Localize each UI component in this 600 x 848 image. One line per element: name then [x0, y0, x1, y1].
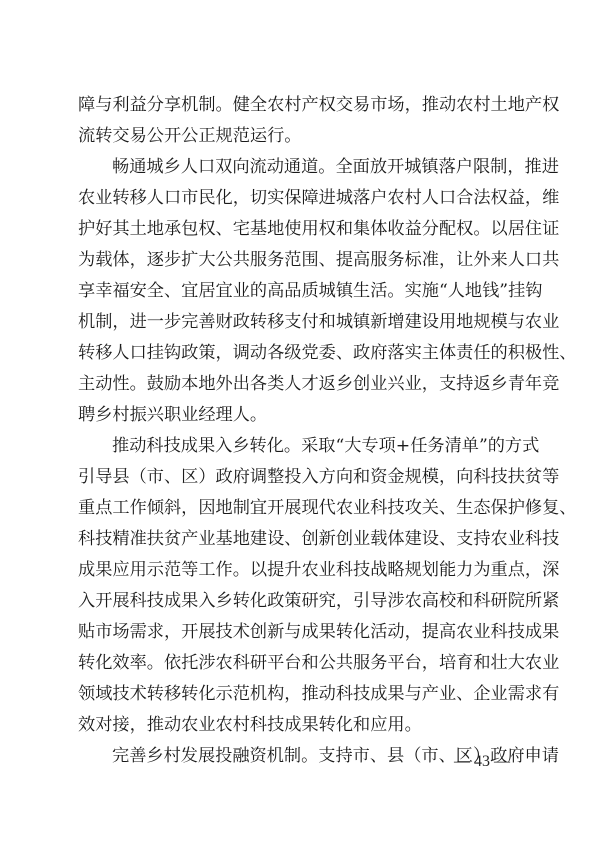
- text-line: 转化效率。依托涉农科研平台和公共服务平台，培育和壮大农业: [78, 648, 524, 679]
- text-line: 畅通城乡人口双向流动通道。全面放开城镇落户限制，推进: [78, 152, 524, 183]
- paragraph-population-flow: 畅通城乡人口双向流动通道。全面放开城镇落户限制，推进 农业转移人口市民化，切实保…: [78, 152, 524, 431]
- text-line: 护好其土地承包权、宅基地使用权和集体收益分配权。以居住证: [78, 214, 524, 245]
- text-line: 机制，进一步完善财政转移支付和城镇新增建设用地规模与农业: [78, 307, 524, 338]
- text-line: 引导县（市、区）政府调整投入方向和资金规模，向科技扶贫等: [78, 462, 524, 493]
- paragraph-property-rights: 障与利益分享机制。健全农村产权交易市场，推动农村土地产权 流转交易公开公正规范运…: [78, 90, 524, 152]
- text-line: 入开展科技成果入乡转化政策研究，引导涉农高校和科研院所紧: [78, 586, 524, 617]
- text-line: 主动性。鼓励本地外出各类人才返乡创业兴业，支持返乡青年竞: [78, 369, 524, 400]
- text-line: 聘乡村振兴职业经理人。: [78, 400, 524, 431]
- text-line: 科技精准扶贫产业基地建设、创新创业载体建设、支持农业科技: [78, 524, 524, 555]
- text-line: 转移人口挂钩政策，调动各级党委、政府落实主体责任的积极性、: [78, 338, 524, 369]
- text-line: 享幸福安全、宜居宜业的高品质城镇生活。实施“人地钱”挂钩: [78, 276, 524, 307]
- text-line: 流转交易公开公正规范运行。: [78, 121, 524, 152]
- text-line: 成果应用示范等工作。以提升农业科技战略规划能力为重点，深: [78, 555, 524, 586]
- document-body: 障与利益分享机制。健全农村产权交易市场，推动农村土地产权 流转交易公开公正规范运…: [78, 90, 524, 772]
- text-line: 重点工作倾斜，因地制宜开展现代农业科技攻关、生态保护修复、: [78, 493, 524, 524]
- text-line: 障与利益分享机制。健全农村产权交易市场，推动农村土地产权: [78, 90, 524, 121]
- text-line: 领域技术转移转化示范机构，推动科技成果与产业、企业需求有: [78, 679, 524, 710]
- text-line: 贴市场需求，开展技术创新与成果转化活动，提高农业科技成果: [78, 617, 524, 648]
- text-line: 为载体，逐步扩大公共服务范围、提高服务标准，让外来人口共: [78, 245, 524, 276]
- text-line: 推动科技成果入乡转化。采取“大专项+任务清单”的方式: [78, 431, 524, 462]
- text-line: 农业转移人口市民化，切实保障进城落户农村人口合法权益，维: [78, 183, 524, 214]
- text-line: 效对接，推动农业农村科技成果转化和应用。: [78, 710, 524, 741]
- paragraph-tech-transfer: 推动科技成果入乡转化。采取“大专项+任务清单”的方式 引导县（市、区）政府调整投…: [78, 431, 524, 741]
- page-number: — 43 —: [436, 750, 528, 774]
